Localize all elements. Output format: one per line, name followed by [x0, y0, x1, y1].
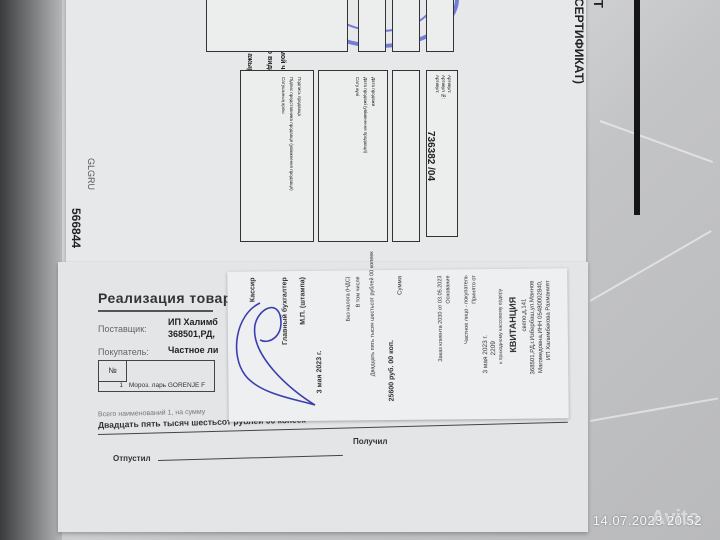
marble-vein [600, 120, 713, 163]
document-edge-bar [634, 0, 640, 215]
top-box-4 [426, 0, 454, 52]
top-box-2 [358, 0, 386, 52]
warranty-sheet: Т СЕРТИФИКАТ) ся неотъемлемой частью нас… [66, 0, 586, 262]
receipt-title: Реализация товаро [98, 290, 241, 306]
supplier-label: Поставщик: [98, 324, 147, 334]
marble-vein [590, 397, 718, 422]
goods-table: № 1 Мороз. ларь GORENJE F [98, 360, 215, 392]
kvitantsiya-sum: 25600 руб. 00 коп. [388, 340, 396, 401]
table-edge [0, 0, 62, 540]
buyer-label: Покупатель: [98, 347, 149, 357]
article-box: Артикул: Артикул №: Артикул: 736382 /04 [426, 70, 458, 237]
warranty-title-top: Т [591, 0, 606, 8]
supplier-value-1: ИП Халимб [168, 317, 218, 327]
table-row: 1 Мороз. ларь GORENJE F [99, 382, 214, 389]
photo-timestamp: 14.07.2023 20:52 [593, 513, 702, 528]
serial-number: 566844 [69, 208, 83, 248]
marble-vein [590, 230, 712, 302]
table-header-num: № [99, 361, 127, 382]
handwritten-signature [230, 295, 320, 410]
buyer-value: Частное ли [168, 345, 218, 355]
top-box-3 [392, 0, 420, 52]
kvitantsiya-title: КВИТАНЦИЯ [508, 297, 519, 353]
brand-code: GLGRU [86, 158, 96, 190]
top-box-1 [206, 0, 348, 52]
warranty-title: СЕРТИФИКАТ) [572, 0, 586, 84]
received-label: Получил [353, 437, 388, 446]
empty-box [392, 70, 420, 242]
sale-date-box: Дата продажи Дата продажі (увімкнення пр… [318, 70, 388, 242]
released-label: Отпустил [113, 454, 151, 463]
supplier-value-2: 368501,РД, [168, 329, 215, 339]
article-number: 736382 /04 [425, 131, 436, 181]
seller-signature-box: Подпись продавца Підпис представника про… [240, 70, 314, 242]
